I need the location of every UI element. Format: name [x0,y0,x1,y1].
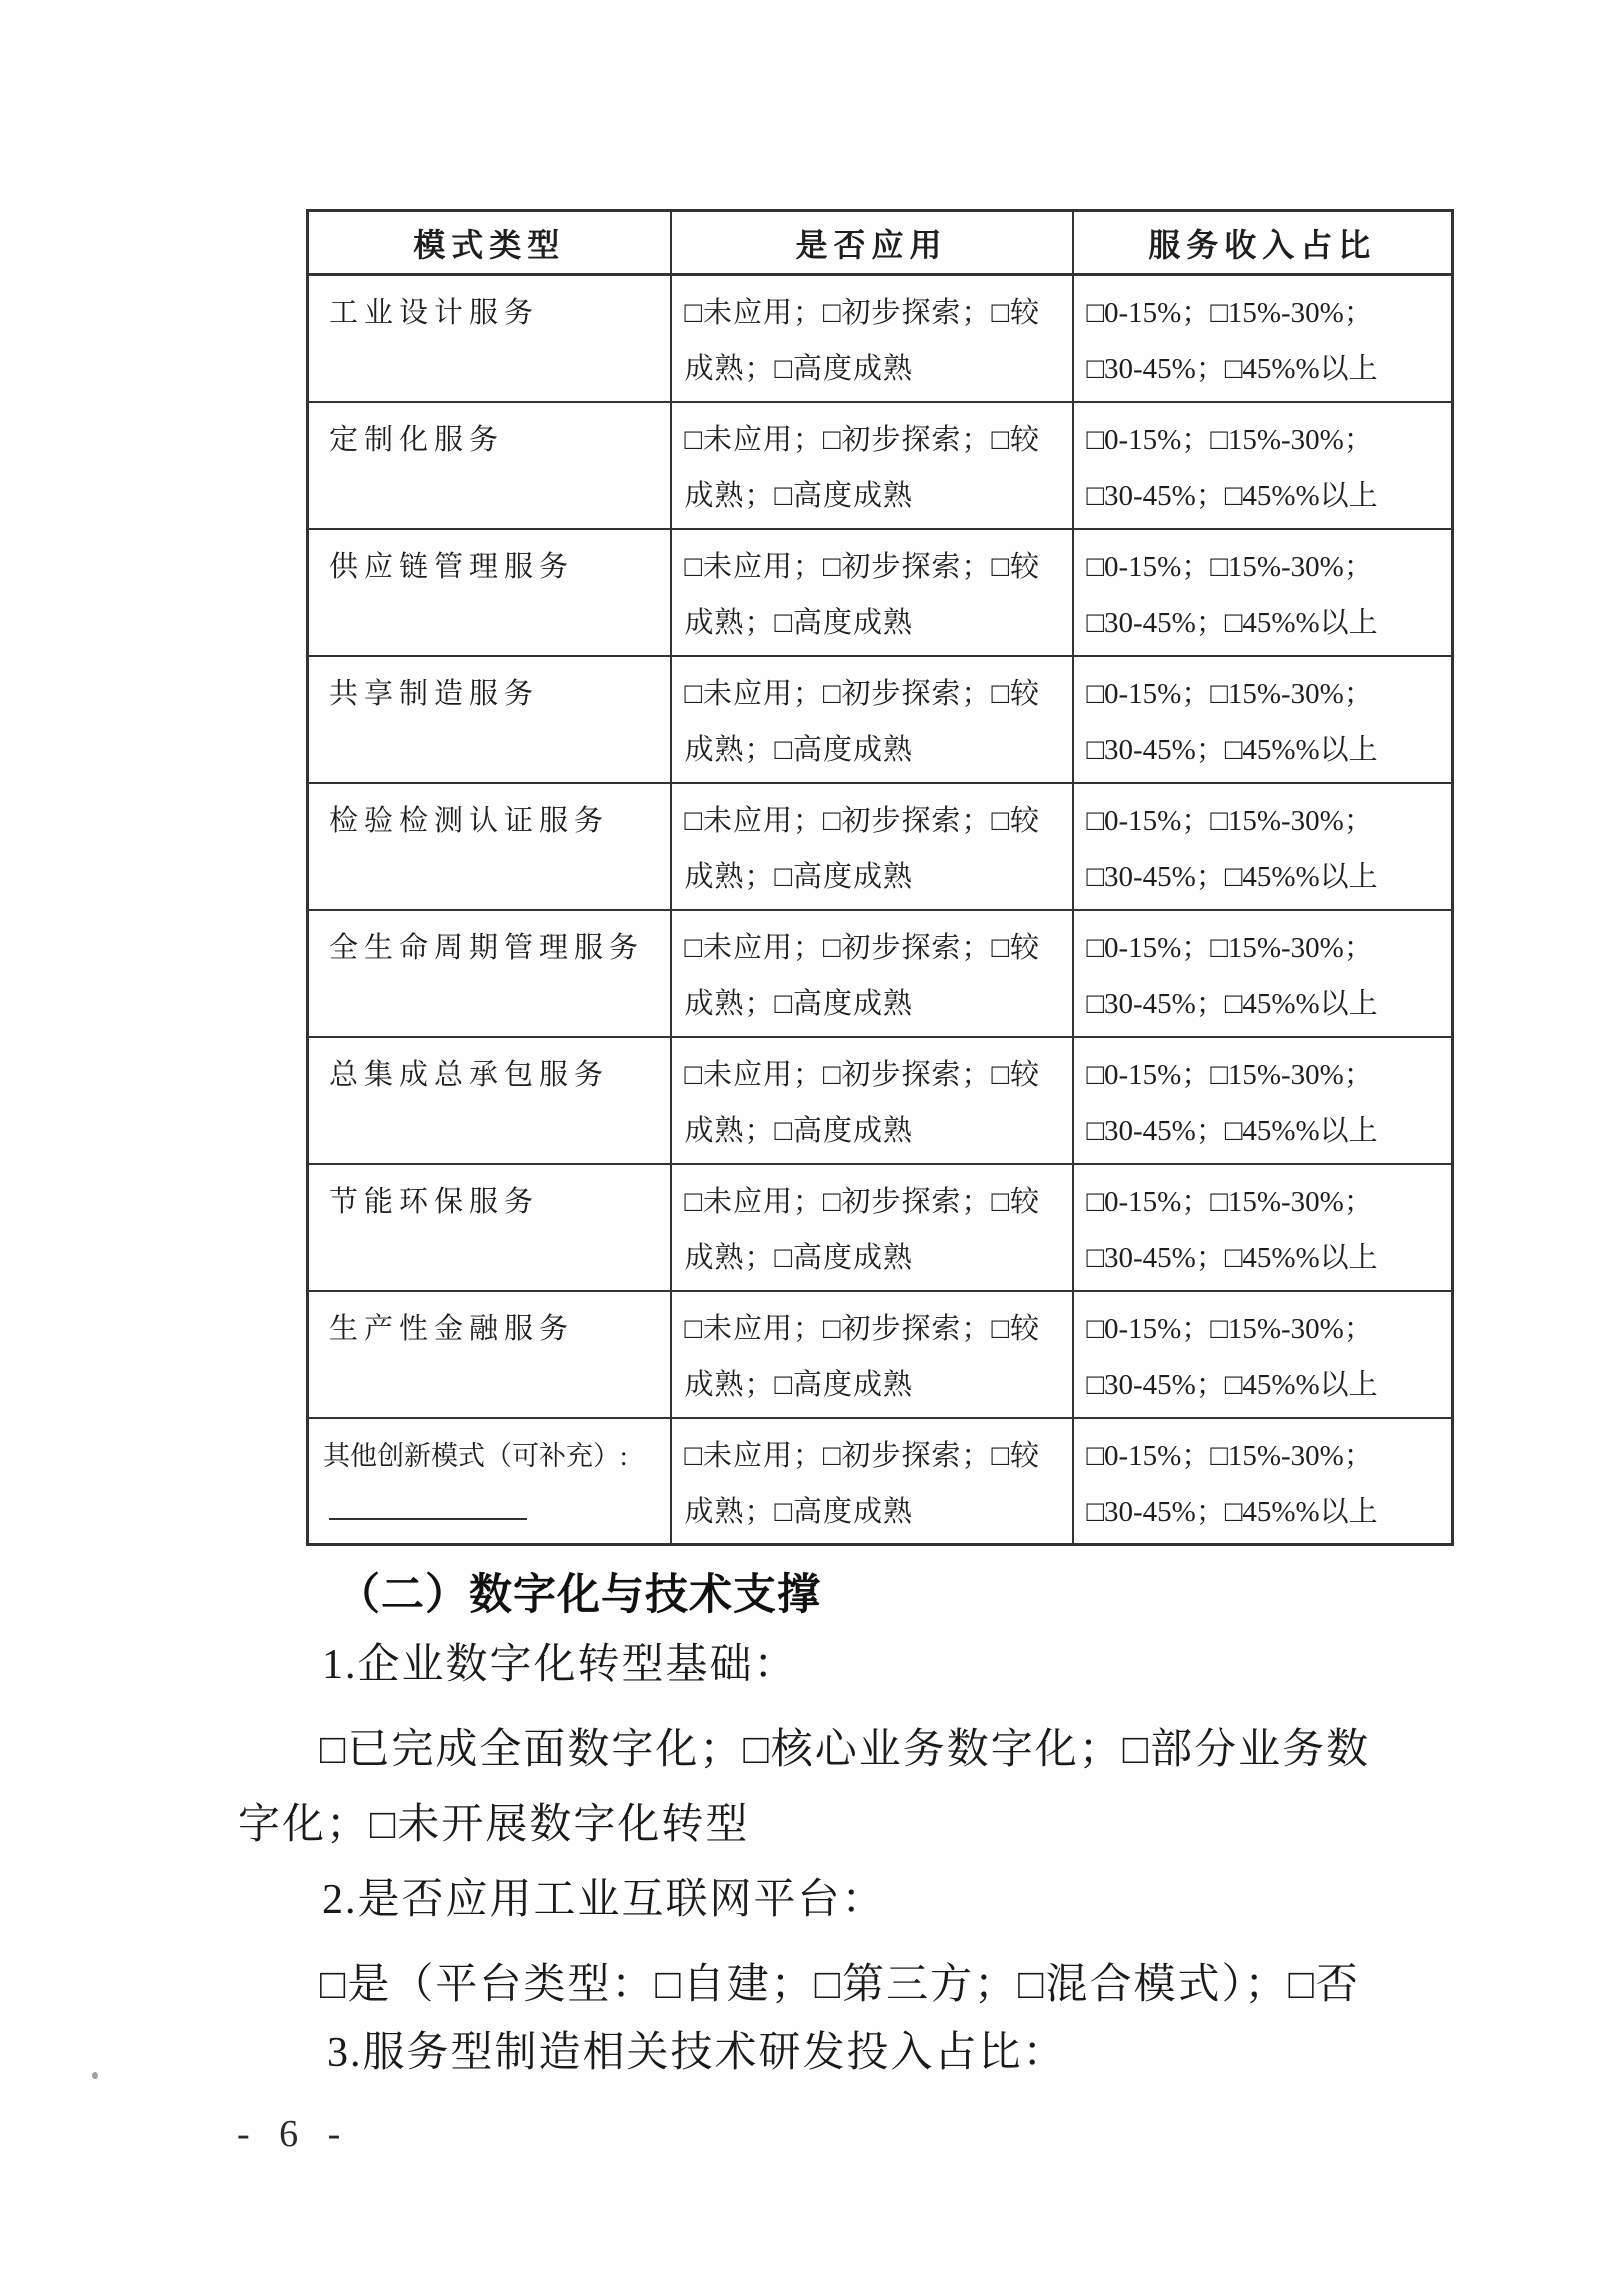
share-options-line2: □30-45%；□45%%以上 [1087,595,1452,651]
mode-type-label: 生产性金融服务 [329,1301,670,1357]
document-page: 模式类型 是否应用 服务收入占比 工业设计服务 □未应用；□初步探索；□较 成熟… [0,0,1597,2275]
apply-options-line2: 成熟；□高度成熟 [685,341,1072,397]
apply-options-line1: □未应用；□初步探索；□较 [685,1047,1072,1103]
apply-options-line2: 成熟；□高度成熟 [685,1484,1072,1540]
mode-type-label: 检验检测认证服务 [329,793,670,849]
table-row: 供应链管理服务 □未应用；□初步探索；□较 成熟；□高度成熟 □0-15%；□1… [308,529,1453,656]
column-header-mode-type: 模式类型 [308,211,671,275]
revenue-share-cell: □0-15%；□15%-30%； □30-45%；□45%%以上 [1073,275,1453,402]
revenue-share-cell: □0-15%；□15%-30%； □30-45%；□45%%以上 [1073,1037,1453,1164]
apply-options-line1: □未应用；□初步探索；□较 [685,1428,1072,1484]
share-options-line1: □0-15%；□15%-30%； [1087,1301,1452,1357]
revenue-share-cell: □0-15%；□15%-30%； □30-45%；□45%%以上 [1073,1291,1453,1418]
apply-options-line2: 成熟；□高度成熟 [685,976,1072,1032]
mode-type-label: 其他创新模式（可补充）: [323,1428,670,1484]
apply-options-line2: 成熟；□高度成熟 [685,1103,1072,1159]
mode-type-cell: 节能环保服务 [308,1164,671,1291]
table-row: 全生命周期管理服务 □未应用；□初步探索；□较 成熟；□高度成熟 □0-15%；… [308,910,1453,1037]
apply-options-line1: □未应用；□初步探索；□较 [685,1301,1072,1357]
apply-options-line1: □未应用；□初步探索；□较 [685,285,1072,341]
share-options-line2: □30-45%；□45%%以上 [1087,1103,1452,1159]
page-number: - 6 - [237,2112,350,2156]
apply-status-cell: □未应用；□初步探索；□较 成熟；□高度成熟 [671,1164,1073,1291]
mode-type-label: 共享制造服务 [329,666,670,722]
share-options-line1: □0-15%；□15%-30%； [1087,539,1452,595]
apply-status-cell: □未应用；□初步探索；□较 成熟；□高度成熟 [671,275,1073,402]
service-modes-table: 模式类型 是否应用 服务收入占比 工业设计服务 □未应用；□初步探索；□较 成熟… [306,209,1454,1546]
revenue-share-cell: □0-15%；□15%-30%； □30-45%；□45%%以上 [1073,529,1453,656]
mode-type-cell: 供应链管理服务 [308,529,671,656]
question-1-options-line1: □已完成全面数字化；□核心业务数字化；□部分业务数 [320,1721,1370,1779]
column-header-applied: 是否应用 [671,211,1073,275]
share-options-line2: □30-45%；□45%%以上 [1087,468,1452,524]
mode-type-cell: 共享制造服务 [308,656,671,783]
share-options-line1: □0-15%；□15%-30%； [1087,793,1452,849]
apply-options-line1: □未应用；□初步探索；□较 [685,920,1072,976]
apply-status-cell: □未应用；□初步探索；□较 成熟；□高度成熟 [671,783,1073,910]
apply-options-line2: 成熟；□高度成熟 [685,1357,1072,1413]
share-options-line2: □30-45%；□45%%以上 [1087,722,1452,778]
apply-options-line2: 成熟；□高度成熟 [685,468,1072,524]
share-options-line1: □0-15%；□15%-30%； [1087,412,1452,468]
apply-options-line2: 成熟；□高度成熟 [685,849,1072,905]
mode-type-cell: 工业设计服务 [308,275,671,402]
table-row: 其他创新模式（可补充）: □未应用；□初步探索；□较 成熟；□高度成熟 □0-1… [308,1418,1453,1545]
revenue-share-cell: □0-15%；□15%-30%； □30-45%；□45%%以上 [1073,910,1453,1037]
table-row: 工业设计服务 □未应用；□初步探索；□较 成熟；□高度成熟 □0-15%；□15… [308,275,1453,402]
table-row: 检验检测认证服务 □未应用；□初步探索；□较 成熟；□高度成熟 □0-15%；□… [308,783,1453,910]
apply-options-line1: □未应用；□初步探索；□较 [685,793,1072,849]
apply-options-line1: □未应用；□初步探索；□较 [685,412,1072,468]
question-2: 2.是否应用工业互联网平台： [322,1871,886,1929]
question-1-options-line2: 字化；□未开展数字化转型 [238,1796,749,1854]
question-1: 1.企业数字化转型基础： [322,1636,798,1694]
table-row: 生产性金融服务 □未应用；□初步探索；□较 成熟；□高度成熟 □0-15%；□1… [308,1291,1453,1418]
share-options-line2: □30-45%；□45%%以上 [1087,976,1452,1032]
apply-options-line2: 成熟；□高度成熟 [685,722,1072,778]
table-row: 共享制造服务 □未应用；□初步探索；□较 成熟；□高度成熟 □0-15%；□15… [308,656,1453,783]
apply-options-line2: 成熟；□高度成熟 [685,595,1072,651]
apply-status-cell: □未应用；□初步探索；□较 成熟；□高度成熟 [671,656,1073,783]
section-heading: （二）数字化与技术支撑 [337,1567,821,1625]
mode-type-label: 总集成总承包服务 [329,1047,670,1103]
revenue-share-cell: □0-15%；□15%-30%； □30-45%；□45%%以上 [1073,783,1453,910]
apply-options-line1: □未应用；□初步探索；□较 [685,539,1072,595]
apply-status-cell: □未应用；□初步探索；□较 成熟；□高度成熟 [671,1037,1073,1164]
share-options-line2: □30-45%；□45%%以上 [1087,849,1452,905]
mode-type-cell: 其他创新模式（可补充）: [308,1418,671,1545]
mode-type-cell: 定制化服务 [308,402,671,529]
revenue-share-cell: □0-15%；□15%-30%； □30-45%；□45%%以上 [1073,402,1453,529]
mode-type-label: 工业设计服务 [329,285,670,341]
mode-type-label: 节能环保服务 [329,1174,670,1230]
share-options-line2: □30-45%；□45%%以上 [1087,1357,1452,1413]
mode-type-cell: 生产性金融服务 [308,1291,671,1418]
mode-type-cell: 总集成总承包服务 [308,1037,671,1164]
apply-status-cell: □未应用；□初步探索；□较 成熟；□高度成熟 [671,1418,1073,1545]
apply-options-line1: □未应用；□初步探索；□较 [685,666,1072,722]
share-options-line2: □30-45%；□45%%以上 [1087,1230,1452,1286]
apply-status-cell: □未应用；□初步探索；□较 成熟；□高度成熟 [671,529,1073,656]
share-options-line1: □0-15%；□15%-30%； [1087,1047,1452,1103]
column-header-revenue-share: 服务收入占比 [1073,211,1453,275]
share-options-line1: □0-15%；□15%-30%； [1087,1174,1452,1230]
revenue-share-cell: □0-15%；□15%-30%； □30-45%；□45%%以上 [1073,1164,1453,1291]
mode-type-label: 全生命周期管理服务 [329,920,670,976]
share-options-line2: □30-45%；□45%%以上 [1087,1484,1452,1540]
revenue-share-cell: □0-15%；□15%-30%； □30-45%；□45%%以上 [1073,656,1453,783]
mode-type-cell: 检验检测认证服务 [308,783,671,910]
table-row: 总集成总承包服务 □未应用；□初步探索；□较 成熟；□高度成熟 □0-15%；□… [308,1037,1453,1164]
scan-artifact-dot [92,2072,98,2079]
apply-status-cell: □未应用；□初步探索；□较 成熟；□高度成熟 [671,910,1073,1037]
question-2-options: □是（平台类型：□自建；□第三方；□混合模式）；□否 [320,1956,1360,2014]
share-options-line1: □0-15%；□15%-30%； [1087,666,1452,722]
share-options-line1: □0-15%；□15%-30%； [1087,920,1452,976]
apply-options-line1: □未应用；□初步探索；□较 [685,1174,1072,1230]
share-options-line1: □0-15%；□15%-30%； [1087,285,1452,341]
fill-in-blank-line [329,1484,527,1520]
question-3: 3.服务型制造相关技术研发投入占比： [327,2024,1067,2082]
apply-status-cell: □未应用；□初步探索；□较 成熟；□高度成熟 [671,1291,1073,1418]
share-options-line1: □0-15%；□15%-30%； [1087,1428,1452,1484]
apply-options-line2: 成熟；□高度成熟 [685,1230,1072,1286]
share-options-line2: □30-45%；□45%%以上 [1087,341,1452,397]
revenue-share-cell: □0-15%；□15%-30%； □30-45%；□45%%以上 [1073,1418,1453,1545]
table-row: 节能环保服务 □未应用；□初步探索；□较 成熟；□高度成熟 □0-15%；□15… [308,1164,1453,1291]
mode-type-label: 供应链管理服务 [329,539,670,595]
table-header-row: 模式类型 是否应用 服务收入占比 [308,211,1453,275]
table-row: 定制化服务 □未应用；□初步探索；□较 成熟；□高度成熟 □0-15%；□15%… [308,402,1453,529]
apply-status-cell: □未应用；□初步探索；□较 成熟；□高度成熟 [671,402,1073,529]
mode-type-label: 定制化服务 [329,412,670,468]
mode-type-cell: 全生命周期管理服务 [308,910,671,1037]
